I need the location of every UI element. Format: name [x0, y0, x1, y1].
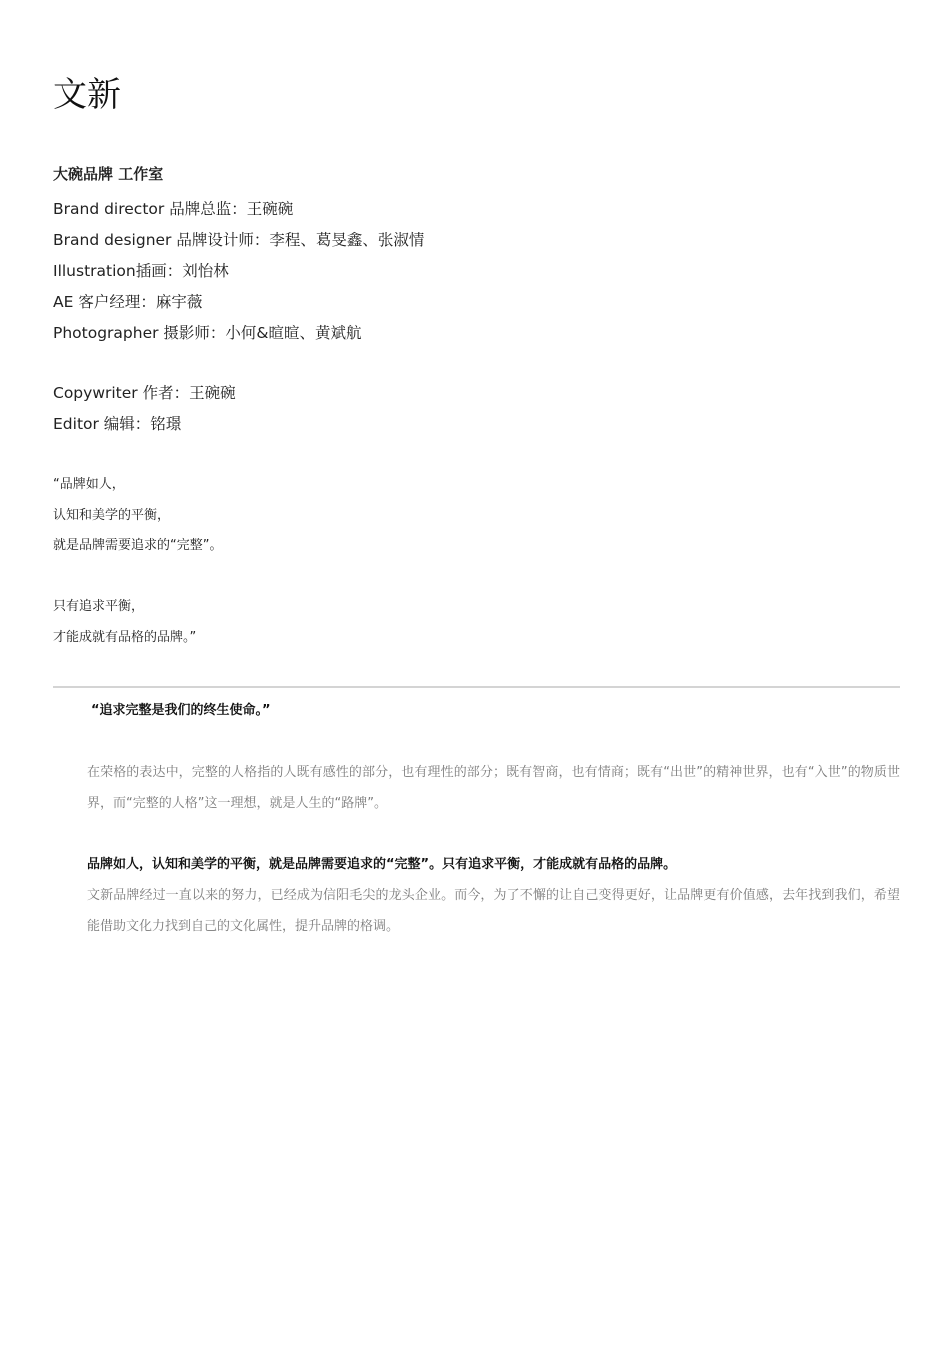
credit-account-executive: AE 客户经理：麻宇薇 [53, 287, 424, 318]
credits-list: Brand director 品牌总监：王碗碗 Brand designer 品… [53, 194, 424, 349]
quote-line: 只有追求平衡， [53, 592, 222, 623]
credit-brand-designer: Brand designer 品牌设计师：李程、葛旻鑫、张淑情 [53, 225, 424, 256]
quote-spacer [53, 562, 222, 593]
jung-paragraph: 在荣格的表达中，完整的人格指的人既有感性的部分，也有理性的部分；既有智商，也有情… [87, 757, 900, 819]
brand-paragraph: 文新品牌经过一直以来的努力，已经成为信阳毛尖的龙头企业。而今，为了不懈的让自己变… [87, 880, 900, 942]
quote-line: 才能成就有品格的品牌。” [53, 623, 222, 654]
mission-statement: “追求完整是我们的终生使命。” [91, 700, 904, 722]
credit-photographer: Photographer 摄影师：小何&暄暄、黄斌航 [53, 318, 424, 349]
studio-name: 大碗品牌 工作室 [53, 163, 163, 185]
quote-line: 就是品牌需要追求的“完整”。 [53, 531, 222, 562]
brand-subheading: 品牌如人，认知和美学的平衡，就是品牌需要追求的“完整”。只有追求平衡，才能成就有… [87, 853, 900, 877]
quote-line: “品牌如人， [53, 470, 222, 501]
section-divider [53, 686, 900, 688]
quote-line: 认知和美学的平衡， [53, 501, 222, 532]
credit-editor: Editor 编辑：铭璟 [53, 409, 236, 440]
credit-illustration: Illustration插画：刘怡林 [53, 256, 424, 287]
credit-brand-director: Brand director 品牌总监：王碗碗 [53, 194, 424, 225]
page-title: 文新 [53, 72, 121, 118]
brand-quote: “品牌如人， 认知和美学的平衡， 就是品牌需要追求的“完整”。 只有追求平衡， … [53, 470, 222, 653]
editorial-credits-list: Copywriter 作者：王碗碗 Editor 编辑：铭璟 [53, 378, 236, 440]
credit-copywriter: Copywriter 作者：王碗碗 [53, 378, 236, 409]
